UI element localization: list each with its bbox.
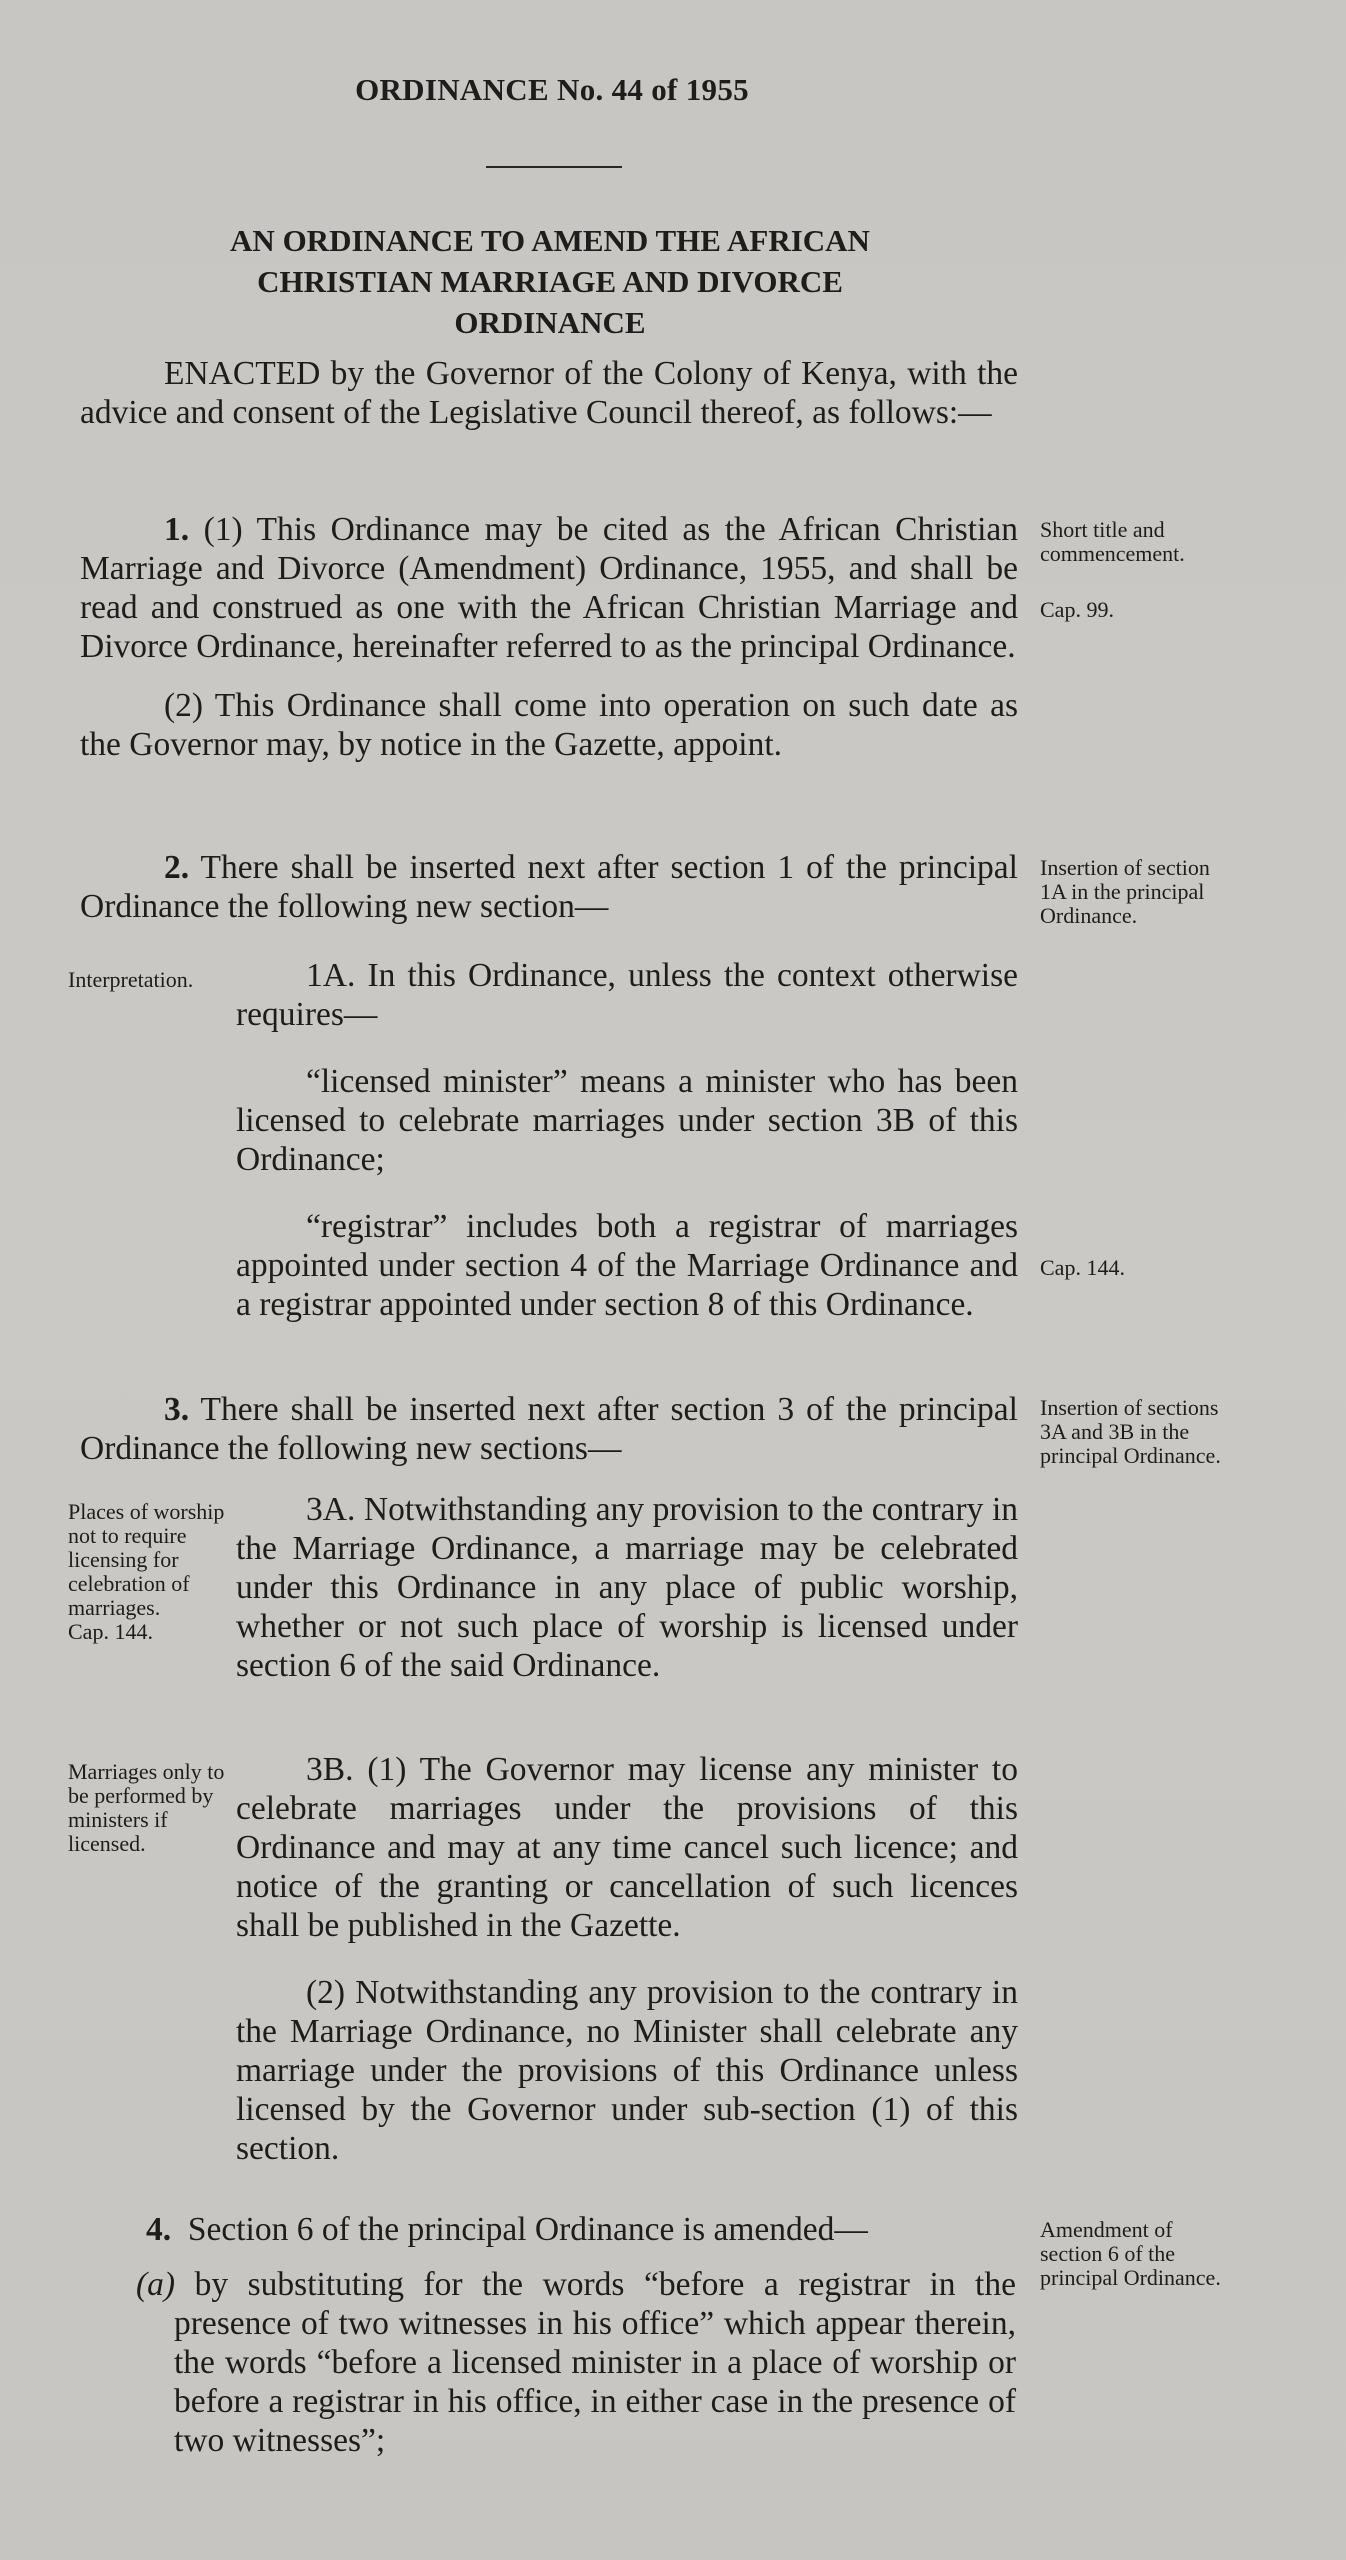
- long-title-line-2: CHRISTIAN MARRIAGE AND DIVORCE: [100, 261, 1000, 302]
- section-3a: 3A. Notwithstanding any provision to the…: [236, 1490, 1018, 1685]
- section-3-number: 3.: [164, 1391, 189, 1428]
- section-2-text: There shall be inserted next after secti…: [80, 849, 1018, 925]
- paragraph-a-label: (a): [136, 2266, 175, 2303]
- section-1a: 1A. In this Ordinance, unless the contex…: [236, 956, 1018, 1324]
- section-3b-subsection-2: (2) Notwithstanding any provision to the…: [236, 1973, 1018, 2168]
- section-1: 1. (1) This Ordinance may be cited as th…: [80, 510, 1018, 764]
- margin-note-3a-cap-144: Cap. 144.: [68, 1620, 228, 1644]
- margin-note-cap-99: Cap. 99.: [1040, 598, 1250, 622]
- document-page: ORDINANCE No. 44 of 1955 AN ORDINANCE TO…: [0, 0, 1346, 2560]
- section-3b-number: 3B.: [306, 1751, 353, 1788]
- section-2: 2. There shall be inserted next after se…: [80, 848, 1018, 926]
- definition-registrar: “registrar” includes both a registrar of…: [236, 1207, 1018, 1324]
- section-1-subsection-2: (2) This Ordinance shall come into opera…: [80, 686, 1018, 764]
- enacting-formula: ENACTED by the Governor of the Colony of…: [80, 354, 1018, 432]
- section-3: 3. There shall be inserted next after se…: [80, 1390, 1018, 1468]
- long-title-line-1: AN ORDINANCE TO AMEND THE AFRICAN: [100, 220, 1000, 261]
- ordinance-number-heading: ORDINANCE No. 44 of 1955: [0, 72, 1104, 108]
- section-3a-number: 3A.: [306, 1491, 355, 1528]
- definition-licensed-minister: “licensed minister” means a minister who…: [236, 1062, 1018, 1179]
- margin-note-cap-144: Cap. 144.: [1040, 1256, 1220, 1280]
- margin-note-insertion-3a-3b: Insertion of sections 3A and 3B in the p…: [1040, 1396, 1240, 1468]
- section-1a-number: 1A.: [306, 957, 355, 994]
- long-title-line-3: ORDINANCE: [100, 302, 1000, 343]
- section-4: 4. Section 6 of the principal Ordinance …: [146, 2210, 1016, 2460]
- section-1-subsection-1: (1) This Ordinance may be cited as the A…: [80, 511, 1018, 665]
- section-3b: 3B. (1) The Governor may license any min…: [236, 1750, 1018, 2168]
- title-divider: [486, 166, 622, 168]
- section-1-number: 1.: [164, 511, 189, 548]
- section-3-text: There shall be inserted next after secti…: [80, 1391, 1018, 1467]
- section-2-number: 2.: [164, 849, 189, 886]
- margin-note-amendment-section-6: Amendment of section 6 of the principal …: [1040, 2218, 1240, 2290]
- long-title: AN ORDINANCE TO AMEND THE AFRICAN CHRIST…: [100, 220, 1000, 343]
- margin-note-insertion-1a: Insertion of section 1A in the principal…: [1040, 856, 1220, 928]
- margin-note-places-of-worship: Places of worship not to require licensi…: [68, 1500, 228, 1644]
- margin-note-interpretation: Interpretation.: [68, 968, 228, 992]
- margin-note-marriages-licensed: Marriages only to be performed by minist…: [68, 1760, 228, 1856]
- section-4-text: Section 6 of the principal Ordinance is …: [188, 2211, 868, 2248]
- section-4-paragraph-a: (a) by substituting for the words “befor…: [136, 2265, 1016, 2460]
- section-3b-subsection-1: (1) The Governor may license any ministe…: [236, 1751, 1018, 1944]
- section-4-number: 4.: [146, 2211, 171, 2248]
- margin-note-short-title: Short title and commencement.: [1040, 518, 1250, 566]
